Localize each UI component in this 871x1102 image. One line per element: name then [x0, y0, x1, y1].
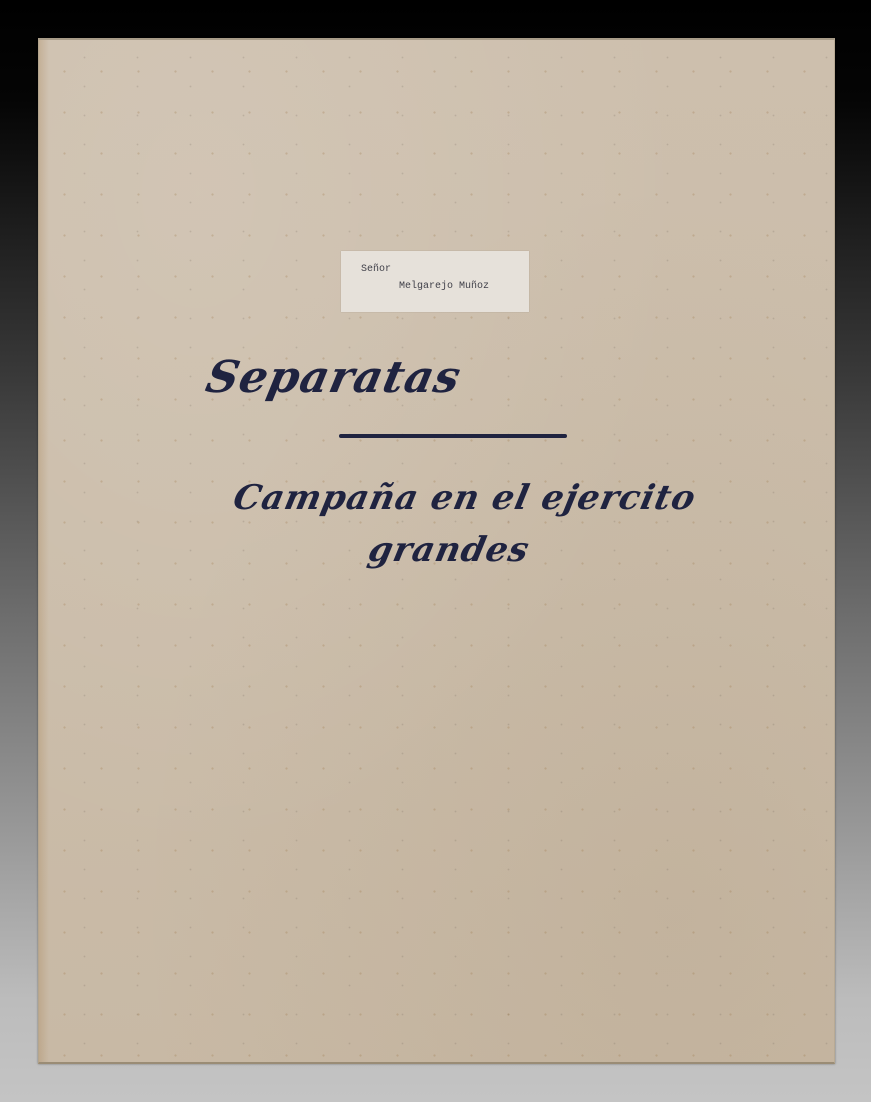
handwritten-line-3: grandes	[365, 530, 533, 570]
handwritten-line-2: Campaña en el ejercito	[230, 478, 700, 518]
folder-cover: Señor Melgarejo Muñoz Separatas Campaña …	[38, 38, 835, 1064]
label-name: Melgarejo Muñoz	[399, 281, 489, 292]
label-salutation: Señor	[361, 264, 391, 275]
handwritten-title: Separatas	[202, 352, 466, 403]
handwritten-underline	[339, 434, 567, 438]
typed-address-label: Señor Melgarejo Muñoz	[341, 251, 529, 312]
